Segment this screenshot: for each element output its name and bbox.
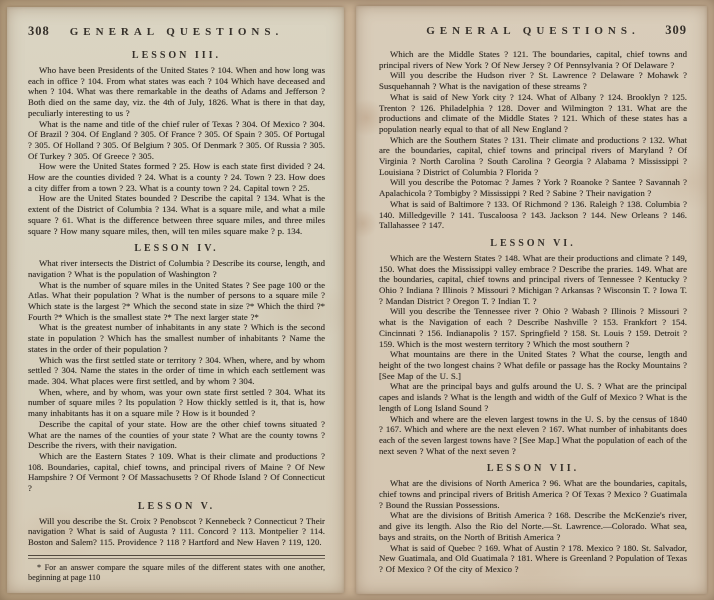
question-paragraph: What is said of Quebec ? 169. What of Au… [379, 543, 687, 575]
question-paragraph: What is the name and title of the chief … [28, 119, 325, 162]
page-right: GENERAL QUESTIONS. 309 Which are the Mid… [356, 6, 707, 594]
running-title: GENERAL QUESTIONS. [70, 26, 283, 38]
lesson-heading: LESSON III. [28, 50, 325, 61]
lesson-heading: LESSON VI. [379, 238, 687, 249]
question-paragraph: Which are the Eastern States ? 109. What… [28, 451, 325, 494]
page-header-left: 308 GENERAL QUESTIONS. [28, 24, 325, 39]
question-paragraph: Which and where are the eleven largest t… [379, 414, 687, 457]
question-paragraph: Which are the Middle States ? 121. The b… [379, 49, 687, 70]
lesson-heading: LESSON IV. [28, 243, 325, 254]
question-paragraph: What are the principal bays and gulfs ar… [379, 381, 687, 413]
question-paragraph: What is the number of square miles in th… [28, 280, 325, 323]
page-number: 308 [28, 24, 50, 39]
question-paragraph: Who have been Presidents of the United S… [28, 65, 325, 119]
page-number: 309 [665, 23, 687, 38]
question-paragraph: Describe the capital of your state. How … [28, 419, 325, 451]
question-paragraph: What river intersects the District of Co… [28, 258, 325, 279]
book-scan: 308 GENERAL QUESTIONS. LESSON III. Who h… [0, 0, 714, 600]
question-paragraph: Which are the Southern States ? 131. The… [379, 135, 687, 178]
footnote-text: * For an answer compare the square miles… [28, 563, 325, 583]
question-paragraph: What is the greatest number of inhabitan… [28, 322, 325, 354]
footnote: * For an answer compare the square miles… [28, 555, 325, 583]
lesson-heading: LESSON VII. [379, 463, 687, 474]
question-paragraph: Will you describe the Hudson river ? St.… [379, 70, 687, 91]
running-title: GENERAL QUESTIONS. [426, 25, 639, 37]
question-paragraph: How were the United States formed ? 25. … [28, 161, 325, 193]
question-paragraph: What are the divisions of North America … [379, 478, 687, 510]
question-paragraph: Which are the Western States ? 148. What… [379, 253, 687, 307]
question-paragraph: How are the United States bounded ? Desc… [28, 193, 325, 236]
footnote-rule [28, 555, 325, 559]
lesson-heading: LESSON V. [28, 501, 325, 512]
question-paragraph: What mountains are there in the United S… [379, 349, 687, 381]
question-paragraph: When, where, and by whom, was your own s… [28, 387, 325, 419]
question-paragraph: What is said of New York city ? 124. Wha… [379, 92, 687, 135]
question-paragraph: Which was the first settled state or ter… [28, 355, 325, 387]
question-paragraph: What are the divisions of British Americ… [379, 510, 687, 542]
question-paragraph: Will you describe the Potomac ? James ? … [379, 177, 687, 198]
question-paragraph: Will you describe the Tennessee river ? … [379, 306, 687, 349]
question-paragraph: Will you describe the St. Croix ? Penobs… [28, 516, 325, 548]
page-left: 308 GENERAL QUESTIONS. LESSON III. Who h… [7, 7, 344, 593]
page-header-right: GENERAL QUESTIONS. 309 [379, 23, 687, 38]
question-paragraph: What is said of Baltimore ? 133. Of Rich… [379, 199, 687, 231]
